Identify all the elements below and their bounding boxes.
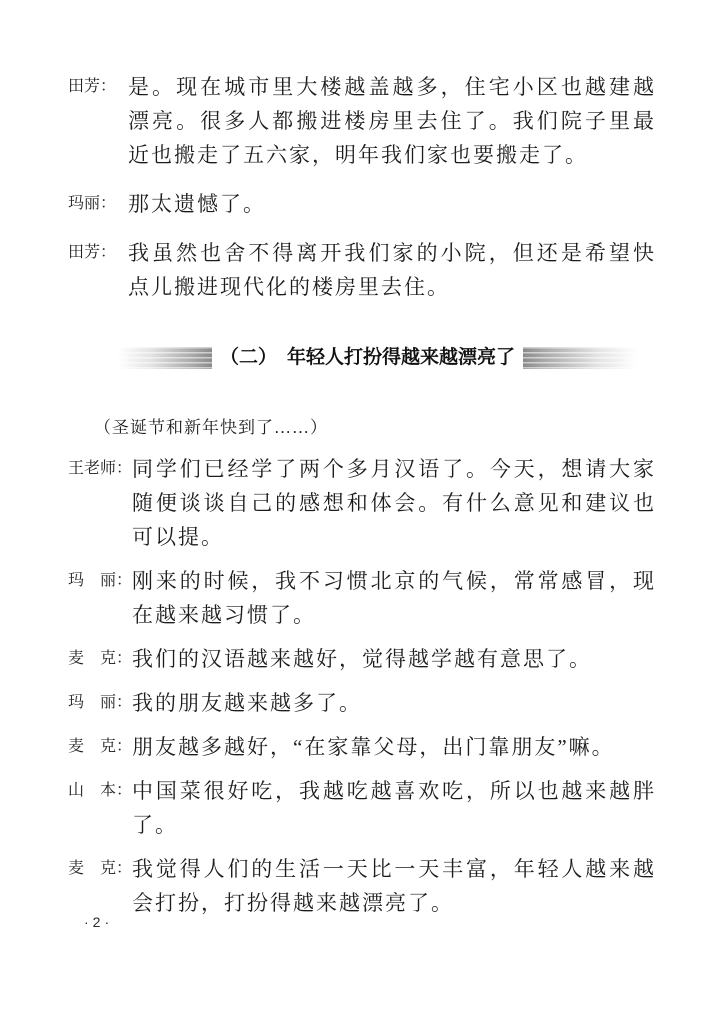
section-title: （二）年轻人打扮得越来越漂亮了 [220, 346, 515, 370]
speech-text: 是。现在城市里大楼越盖越多，住宅小区也越建越漂亮。很多人都搬进楼房里去住了。我们… [128, 70, 656, 172]
speech-text: 刚来的时候，我不习惯北京的气候，常常感冒，现在越来越习惯了。 [132, 564, 656, 632]
dialog-line: 麦 克： 我们的汉语越来越好，觉得越学越有意思了。 [68, 642, 656, 676]
speaker-name: 麦 克： [68, 730, 132, 764]
speaker-name: 田芳： [68, 236, 128, 270]
speaker-name: 田芳： [68, 70, 128, 104]
dialog-line: 玛丽： 那太遗憾了。 [68, 187, 656, 221]
speech-text: 我的朋友越来越多了。 [132, 686, 656, 720]
speaker-name: 玛 丽： [68, 564, 132, 598]
dialog-line: 玛 丽： 刚来的时候，我不习惯北京的气候，常常感冒，现在越来越习惯了。 [68, 564, 656, 632]
speaker-name: 麦 克： [68, 852, 132, 886]
dialog-line: 玛 丽： 我的朋友越来越多了。 [68, 686, 656, 720]
speech-text: 我们的汉语越来越好，觉得越学越有意思了。 [132, 642, 656, 676]
header-decoration-bar-left [118, 347, 212, 369]
dialog-section-1: 田芳： 是。现在城市里大楼越盖越多，住宅小区也越建越漂亮。很多人都搬进楼房里去住… [68, 70, 656, 304]
section-title-text: 年轻人打扮得越来越漂亮了 [287, 347, 515, 368]
dialog-line: 麦 克： 我觉得人们的生活一天比一天丰富，年轻人越来越会打扮，打扮得越来越漂亮了… [68, 852, 656, 920]
stage-direction: （圣诞节和新年快到了……） [94, 416, 656, 440]
dialog-line: 麦 克： 朋友越多越好，“在家靠父母，出门靠朋友”嘛。 [68, 730, 656, 764]
section-heading: （二）年轻人打扮得越来越漂亮了 [68, 346, 656, 370]
textbook-page: 田芳： 是。现在城市里大楼越盖越多，住宅小区也越建越漂亮。很多人都搬进楼房里去住… [0, 0, 726, 1024]
dialog-line: 山 本： 中国菜很好吃，我越吃越喜欢吃，所以也越来越胖了。 [68, 774, 656, 842]
speaker-name: 王老师： [68, 452, 132, 486]
dialog-line: 田芳： 是。现在城市里大楼越盖越多，住宅小区也越建越漂亮。很多人都搬进楼房里去住… [68, 70, 656, 172]
header-decoration-bar-right [523, 347, 637, 369]
speaker-name: 山 本： [68, 774, 132, 808]
section-number: （二） [220, 347, 277, 368]
speech-text: 我觉得人们的生活一天比一天丰富，年轻人越来越会打扮，打扮得越来越漂亮了。 [132, 852, 656, 920]
speech-text: 同学们已经学了两个多月汉语了。今天，想请大家随便谈谈自己的感想和体会。有什么意见… [132, 452, 656, 554]
dialog-line: 王老师： 同学们已经学了两个多月汉语了。今天，想请大家随便谈谈自己的感想和体会。… [68, 452, 656, 554]
speaker-name: 玛 丽： [68, 686, 132, 720]
speech-text: 我虽然也舍不得离开我们家的小院，但还是希望快点儿搬进现代化的楼房里去住。 [128, 236, 656, 304]
dialog-section-2: 王老师： 同学们已经学了两个多月汉语了。今天，想请大家随便谈谈自己的感想和体会。… [68, 452, 656, 920]
page-number: ·2· [84, 914, 113, 930]
dialog-line: 田芳： 我虽然也舍不得离开我们家的小院，但还是希望快点儿搬进现代化的楼房里去住。 [68, 236, 656, 304]
speaker-name: 麦 克： [68, 642, 132, 676]
speech-text: 朋友越多越好，“在家靠父母，出门靠朋友”嘛。 [132, 730, 656, 764]
speech-text: 中国菜很好吃，我越吃越喜欢吃，所以也越来越胖了。 [132, 774, 656, 842]
speaker-name: 玛丽： [68, 187, 128, 221]
speech-text: 那太遗憾了。 [128, 187, 656, 221]
